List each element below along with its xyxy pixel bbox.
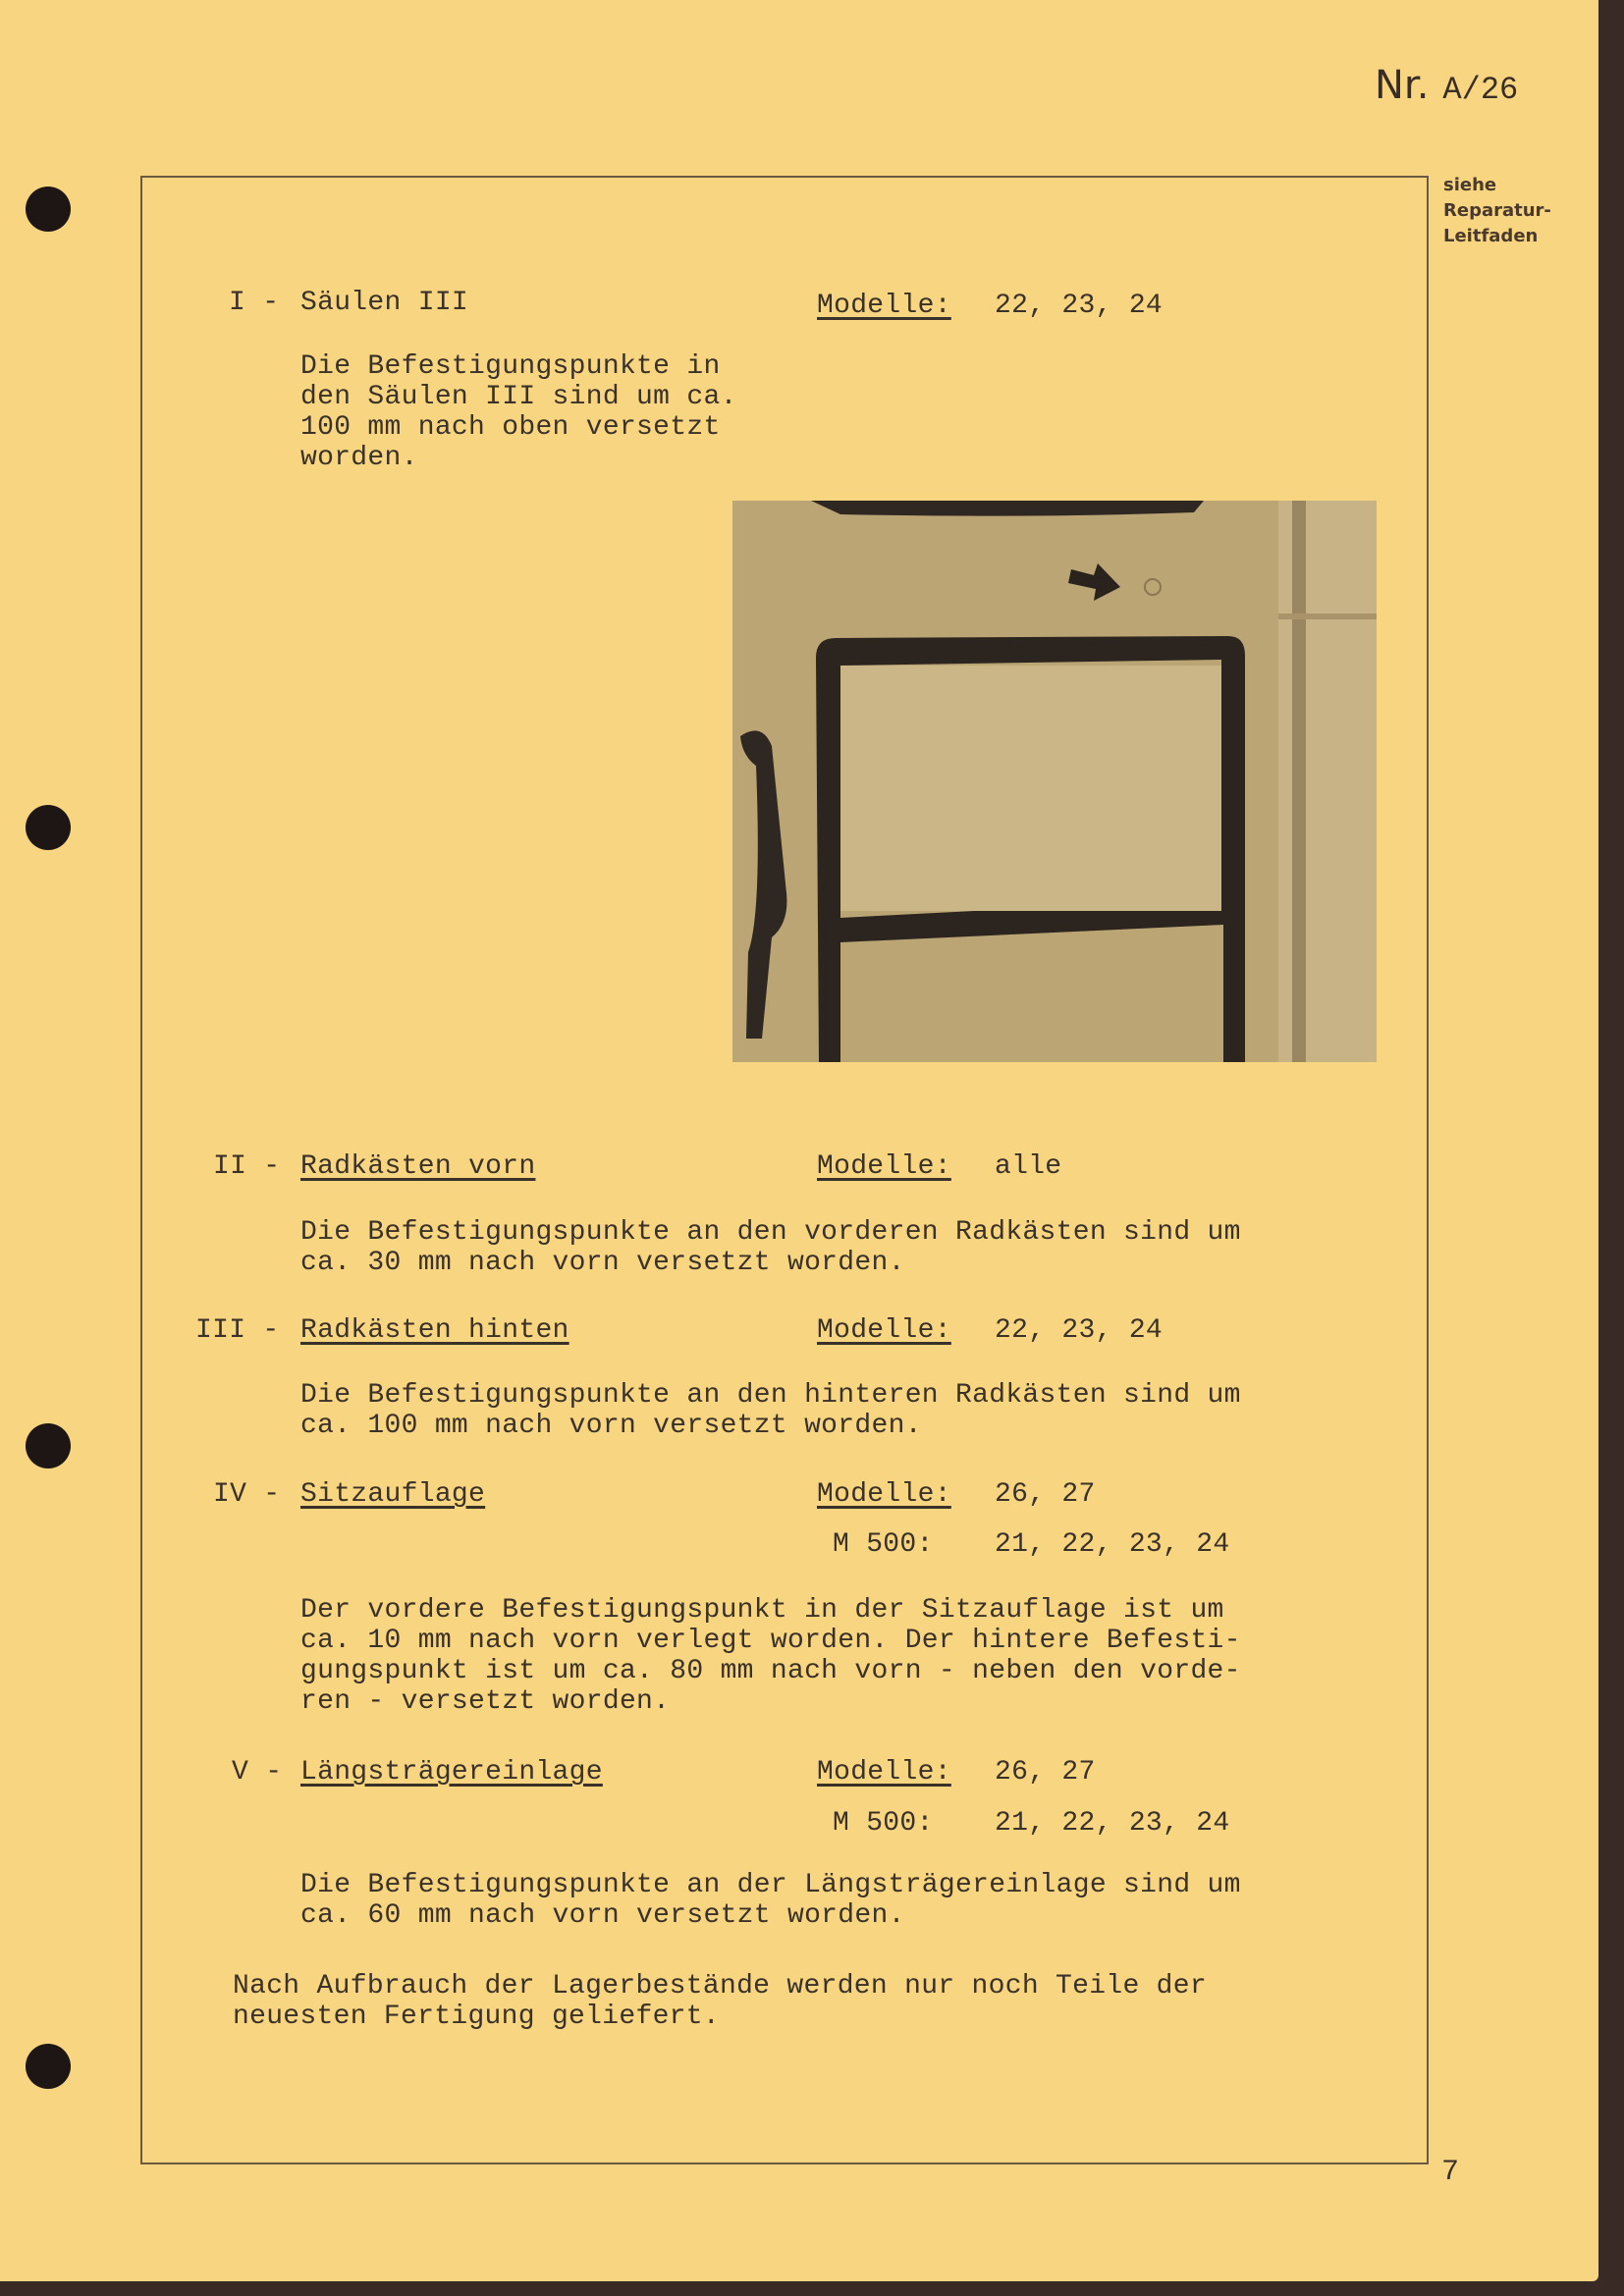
section-body-line: Die Befestigungspunkte an den hinteren R… [300, 1380, 1241, 1411]
closing-line: neuesten Fertigung geliefert. [233, 2002, 720, 2032]
section-body-line: Die Befestigungspunkte an den vorderen R… [300, 1217, 1241, 1248]
section-title: Säulen III [300, 288, 468, 318]
models-value: 22, 23, 24 [995, 291, 1163, 321]
section-body-line: den Säulen III sind um ca. [300, 382, 737, 412]
m500-label: M 500: [833, 1808, 934, 1839]
section-body-line: worden. [300, 443, 418, 473]
note-line: Reparatur- [1443, 198, 1551, 224]
section-body-line: ca. 60 mm nach vorn versetzt worden. [300, 1900, 905, 1931]
sidebar-note: siehe Reparatur- Leitfaden [1443, 173, 1551, 249]
section-title: Längsträgereinlage [300, 1757, 603, 1788]
punch-hole [26, 1423, 71, 1468]
nr-label: Nr. [1375, 63, 1429, 108]
section-title: Radkästen vorn [300, 1151, 535, 1182]
page-number: 7 [1441, 2156, 1459, 2189]
m500-value: 21, 22, 23, 24 [995, 1529, 1229, 1560]
section-title: Radkästen hinten [300, 1315, 569, 1346]
models-label: Modelle: [817, 1757, 951, 1788]
photo-door-frame [732, 501, 1377, 1062]
models-label: Modelle: [817, 1479, 951, 1510]
section-body-line: ca. 10 mm nach vorn verlegt worden. Der … [300, 1626, 1241, 1656]
note-line: siehe [1443, 173, 1551, 198]
models-label: Modelle: [817, 1151, 951, 1182]
section-body-line: ca. 100 mm nach vorn versetzt worden. [300, 1411, 922, 1441]
section-body-line: Die Befestigungspunkte in [300, 351, 721, 382]
window-pane [840, 666, 1221, 911]
section-number: III - [195, 1315, 280, 1346]
section-body-line: Die Befestigungspunkte an der Längsträge… [300, 1870, 1241, 1900]
section-body-line: Der vordere Befestigungspunkt in der Sit… [300, 1595, 1224, 1626]
note-line: Leitfaden [1443, 224, 1551, 249]
punch-hole [26, 2044, 71, 2089]
section-body-line: gungspunkt ist um ca. 80 mm nach vorn - … [300, 1656, 1241, 1686]
section-body-line: ren - versetzt worden. [300, 1686, 670, 1717]
models-value: 22, 23, 24 [995, 1315, 1163, 1346]
punch-hole [26, 187, 71, 232]
nr-code: A/26 [1442, 72, 1518, 108]
models-label: Modelle: [817, 1315, 951, 1346]
m500-label: M 500: [833, 1529, 934, 1560]
section-body-line: ca. 30 mm nach vorn versetzt worden. [300, 1248, 905, 1278]
document-number: Nr.A/26 [1375, 63, 1518, 108]
models-value: 26, 27 [995, 1479, 1096, 1510]
m500-value: 21, 22, 23, 24 [995, 1808, 1229, 1839]
photo-illustration [732, 501, 1377, 1062]
document-page: Nr.A/26 siehe Reparatur- Leitfaden I - S… [0, 0, 1598, 2281]
section-number: V - [232, 1757, 282, 1788]
closing-line: Nach Aufbrauch der Lagerbestände werden … [233, 1971, 1207, 2002]
models-label: Modelle: [817, 291, 951, 321]
section-body-line: 100 mm nach oben versetzt [300, 412, 721, 443]
section-number: IV - [213, 1479, 280, 1510]
section-number: II - [213, 1151, 280, 1182]
models-value: alle [995, 1151, 1061, 1182]
section-title: Sitzauflage [300, 1479, 485, 1510]
models-value: 26, 27 [995, 1757, 1096, 1788]
punch-hole [26, 805, 71, 850]
section-number: I - [229, 288, 279, 318]
